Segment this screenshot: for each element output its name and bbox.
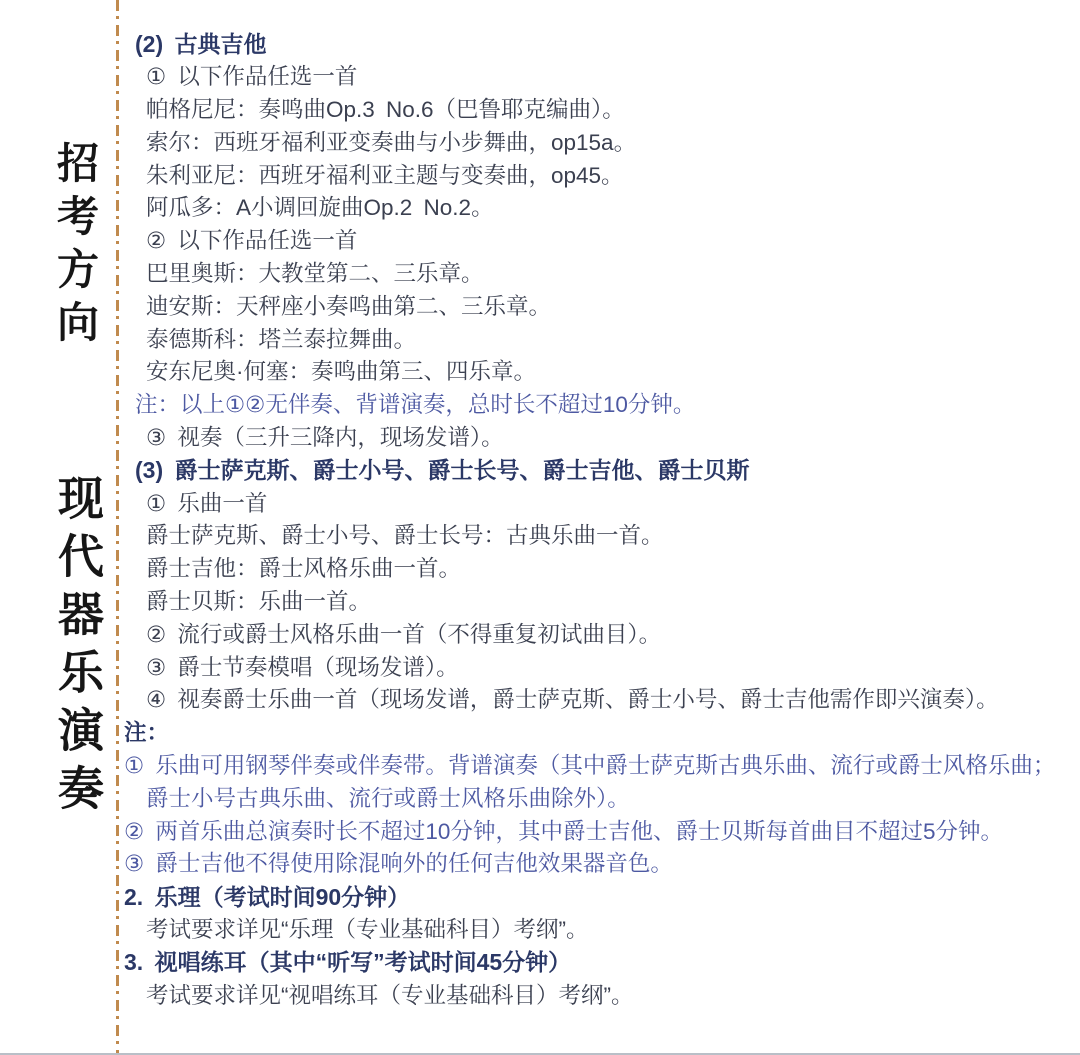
content-line: 注： — [0, 715, 1080, 748]
content-line: ③ 爵士节奏模唱（现场发谱）。 — [0, 649, 1080, 682]
content-line: ③ 爵士吉他不得使用除混响外的任何吉他效果器音色。 — [0, 846, 1080, 879]
content-lines: (2) 古典吉他① 以下作品任选一首帕格尼尼：奏鸣曲Op.3 No.6（巴鲁耶克… — [0, 26, 1080, 1010]
content-line: 泰德斯科：塔兰泰拉舞曲。 — [0, 321, 1080, 354]
content-line: 帕格尼尼：奏鸣曲Op.3 No.6（巴鲁耶克编曲）。 — [0, 92, 1080, 125]
content-line: 安东尼奥·何塞：奏鸣曲第三、四乐章。 — [0, 354, 1080, 387]
content-line: ③ 视奏（三升三降内，现场发谱）。 — [0, 420, 1080, 453]
content-line: ① 以下作品任选一首 — [0, 59, 1080, 92]
content-line: ② 两首乐曲总演奏时长不超过10分钟，其中爵士吉他、爵士贝斯每首曲目不超过5分钟… — [0, 813, 1080, 846]
content-line: 考试要求详见“视唱练耳（专业基础科目）考纲”。 — [0, 977, 1080, 1010]
content-line: 朱利亚尼：西班牙福利亚主题与变奏曲，op45。 — [0, 157, 1080, 190]
content-line: 2. 乐理（考试时间90分钟） — [0, 879, 1080, 912]
content-line: 爵士吉他：爵士风格乐曲一首。 — [0, 551, 1080, 584]
content-line: ② 以下作品任选一首 — [0, 223, 1080, 256]
content-line: ④ 视奏爵士乐曲一首（现场发谱，爵士萨克斯、爵士小号、爵士吉他需作即兴演奏）。 — [0, 682, 1080, 715]
content-line: 索尔：西班牙福利亚变奏曲与小步舞曲，op15a。 — [0, 124, 1080, 157]
content-line: 巴里奥斯：大教堂第二、三乐章。 — [0, 256, 1080, 289]
content-line: 考试要求详见“乐理（专业基础科目）考纲”。 — [0, 912, 1080, 945]
content-line: 3. 视唱练耳（其中“听写”考试时间45分钟） — [0, 944, 1080, 977]
content-line: 爵士贝斯：乐曲一首。 — [0, 584, 1080, 617]
content-line: (2) 古典吉他 — [0, 26, 1080, 59]
content-line: ① 乐曲一首 — [0, 485, 1080, 518]
content-line: ② 流行或爵士风格乐曲一首（不得重复初试曲目）。 — [0, 616, 1080, 649]
content-line: 爵士萨克斯、爵士小号、爵士长号：古典乐曲一首。 — [0, 518, 1080, 551]
content-line: 阿瓜多：A小调回旋曲Op.2 No.2。 — [0, 190, 1080, 223]
content-line: 注：以上①②无伴奏、背谱演奏，总时长不超过10分钟。 — [0, 387, 1080, 420]
content-line: (3) 爵士萨克斯、爵士小号、爵士长号、爵士吉他、爵士贝斯 — [0, 452, 1080, 485]
content-line: 爵士小号古典乐曲、流行或爵士风格乐曲除外）。 — [0, 780, 1080, 813]
content-line: 迪安斯：天秤座小奏鸣曲第二、三乐章。 — [0, 288, 1080, 321]
content-line: ① 乐曲可用钢琴伴奏或伴奏带。背谱演奏（其中爵士萨克斯古典乐曲、流行或爵士风格乐… — [0, 748, 1080, 781]
